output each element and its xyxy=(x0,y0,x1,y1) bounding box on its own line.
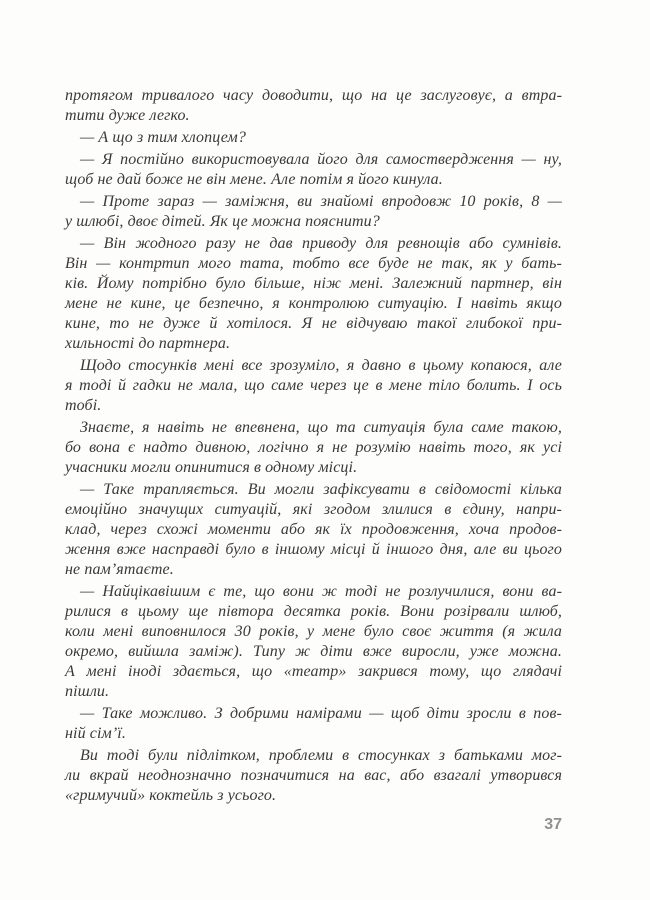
page: протягом тривалого часу доводити, що на … xyxy=(0,0,650,900)
text-line: тобі. xyxy=(65,396,562,416)
text-line: клад, через схожі моменти або як їх прод… xyxy=(65,520,562,540)
text-line: не пам’ятаєте. xyxy=(65,560,562,580)
text-line: А мені іноді здається, що «театр» закрив… xyxy=(65,662,562,682)
text-line: бо вона є надто дивною, логічно я не роз… xyxy=(65,438,562,458)
text-line: учасники могли опинитися в одному місці. xyxy=(65,458,562,478)
text-line: Щодо стосунків мені все зрозуміло, я дав… xyxy=(65,356,562,376)
paragraph: Щодо стосунків мені все зрозуміло, я дав… xyxy=(65,356,562,416)
text-line: мене не кине, це безпечно, я контролюю с… xyxy=(65,294,562,314)
text-line: Він — контртип мого тата, тобто все буде… xyxy=(65,254,562,274)
text-line: тити дуже легко. xyxy=(65,106,562,126)
paragraph: — Найцікавішим є те, що вони ж тоді не р… xyxy=(65,582,562,702)
text-line: я тоді й гадки не мала, що саме через це… xyxy=(65,376,562,396)
text-line: — Я постійно використовувала його для са… xyxy=(65,150,562,170)
text-line: у шлюбі, двоє дітей. Як це можна пояснит… xyxy=(65,212,562,232)
text-block: протягом тривалого часу доводити, що на … xyxy=(65,86,562,806)
text-line: «гримучий» коктейль з усього. xyxy=(65,786,562,806)
paragraph: — Проте зараз — заміжня, ви знайомі впро… xyxy=(65,192,562,232)
paragraph: Знаєте, я навіть не впевнена, що та ситу… xyxy=(65,418,562,478)
text-line: — Найцікавішим є те, що вони ж тоді не р… xyxy=(65,582,562,602)
text-line: емоційно значущих ситуацій, які згодом з… xyxy=(65,500,562,520)
text-line: коли мені виповнилося 30 років, у мене б… xyxy=(65,622,562,642)
text-line: Ви тоді були підлітком, проблеми в стосу… xyxy=(65,746,562,766)
text-line: окремо, вийшла заміж). Типу ж діти вже в… xyxy=(65,642,562,662)
text-line: кине, то не дуже й хотілося. Я не відчув… xyxy=(65,314,562,334)
text-line: ків. Йому потрібно було більше, ніж мені… xyxy=(65,274,562,294)
text-line: Знаєте, я навіть не впевнена, що та ситу… xyxy=(65,418,562,438)
paragraph: Ви тоді були підлітком, проблеми в стосу… xyxy=(65,746,562,806)
paragraph: — Таке трапляється. Ви могли зафіксувати… xyxy=(65,480,562,580)
paragraph: — Таке можливо. З добрими намірами — щоб… xyxy=(65,704,562,744)
paragraph: протягом тривалого часу доводити, що на … xyxy=(65,86,562,126)
text-line: — Таке можливо. З добрими намірами — щоб… xyxy=(65,704,562,724)
text-line: ли вкрай неоднозначно позначитися на вас… xyxy=(65,766,562,786)
text-line: — Проте зараз — заміжня, ви знайомі впро… xyxy=(65,192,562,212)
text-line: ження вже насправді було в іншому місці … xyxy=(65,540,562,560)
page-number: 37 xyxy=(65,815,562,835)
text-line: хильності до партнера. xyxy=(65,334,562,354)
text-line: — Таке трапляється. Ви могли зафіксувати… xyxy=(65,480,562,500)
text-line: щоб не дай боже не він мене. Але потім я… xyxy=(65,170,562,190)
text-line: рилися в цьому ще півтора десятка років.… xyxy=(65,602,562,622)
text-line: пішли. xyxy=(65,682,562,702)
paragraph: — А що з тим хлопцем? xyxy=(65,128,562,148)
text-line: протягом тривалого часу доводити, що на … xyxy=(65,86,562,106)
text-line: ній сім’ї. xyxy=(65,724,562,744)
text-line: — А що з тим хлопцем? xyxy=(65,128,562,148)
text-line: — Він жодного разу не дав приводу для ре… xyxy=(65,234,562,254)
paragraph: — Він жодного разу не дав приводу для ре… xyxy=(65,234,562,354)
book-page-screenshot: { "page": { "folio": "37", "text_color":… xyxy=(0,0,650,900)
paragraph: — Я постійно використовувала його для са… xyxy=(65,150,562,190)
